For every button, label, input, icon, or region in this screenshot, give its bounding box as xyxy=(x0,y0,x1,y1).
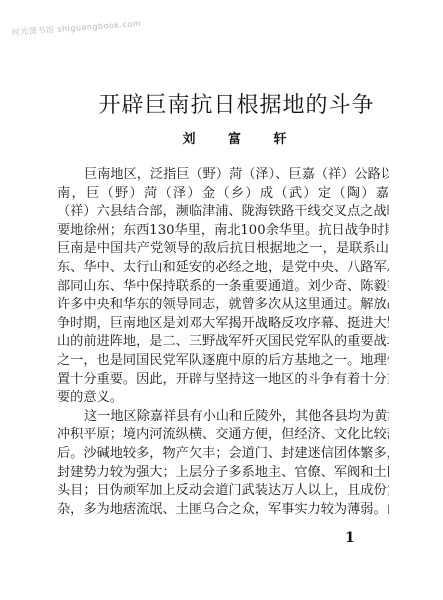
text-line: 争时期，巨南地区是刘邓大军揭开战略反攻序幕、挺进大别 xyxy=(57,315,389,334)
watermark: 时光图书馆 shiguangbook.com xyxy=(12,18,142,38)
text-line: 南，巨（野）菏（泽）金（乡）成（武）定（陶）嘉 xyxy=(57,185,389,204)
body-text: 巨南地区，泛指巨（野）菏（泽）、巨嘉（祥）公路以 南，巨（野）菏（泽）金（乡）成… xyxy=(57,166,389,519)
text-line: 置十分重要。因此，开辟与坚持这一地区的斗争有着十分重 xyxy=(57,371,389,390)
paragraph-2: 这一地区除嘉祥县有小山和丘陵外，其他各县均为黄河 冲积平原；境内河流纵横、交通方… xyxy=(57,408,389,520)
text-line: 头目；日伪顽军加上反动会道门武装达万人以上，且成份复 xyxy=(57,482,389,501)
text-line: 山的前进阵地，是二、三野战军歼灭国民党军队的重要战场 xyxy=(57,333,389,352)
text-line: （祥）六县结合部，濒临津浦、陇海铁路干线交叉点之战略 xyxy=(57,203,389,222)
paragraph-1: 巨南地区，泛指巨（野）菏（泽）、巨嘉（祥）公路以 南，巨（野）菏（泽）金（乡）成… xyxy=(57,166,389,408)
text-line: 许多中央和华东的领导同志，就曾多次从这里通过。解放战 xyxy=(57,296,389,315)
text-line: 冲积平原；境内河流纵横、交通方便，但经济、文化比较落 xyxy=(57,426,389,445)
text-line: 要的意义。 xyxy=(57,389,389,408)
text-line: 东、华中、太行山和延安的必经之地，是党中央、八路军总 xyxy=(57,259,389,278)
text-line: 封建势力较为强大；上层分子多系地主、官僚、军阀和土匪 xyxy=(57,464,389,483)
chapter-title: 开辟巨南抗日根据地的斗争 xyxy=(0,88,443,119)
text-line: 部同山东、华中保持联系的一条重要通道。刘少奇、陈毅等 xyxy=(57,278,389,297)
text-line: 巨南是中国共产党领导的敌后抗日根据地之一，是联系山 xyxy=(57,240,389,259)
author-name: 刘 富 轩 xyxy=(0,128,443,147)
text-line: 后。沙碱地较多，物产欠丰；会道门、封建迷信团体繁多， xyxy=(57,445,389,464)
text-line: 这一地区除嘉祥县有小山和丘陵外，其他各县均为黄河 xyxy=(57,408,389,427)
text-line: 之一，也是同国民党军队逐鹿中原的后方基地之一。地理位 xyxy=(57,352,389,371)
page-number: 1 xyxy=(345,530,355,546)
text-line: 要地徐州；东西130华里，南北100余华里。抗日战争时期， xyxy=(57,222,389,241)
text-line: 杂，多为地痞流氓、土匪乌合之众，军事实力较为薄弱。由 xyxy=(57,501,389,520)
text-line: 巨南地区，泛指巨（野）菏（泽）、巨嘉（祥）公路以 xyxy=(57,166,389,185)
